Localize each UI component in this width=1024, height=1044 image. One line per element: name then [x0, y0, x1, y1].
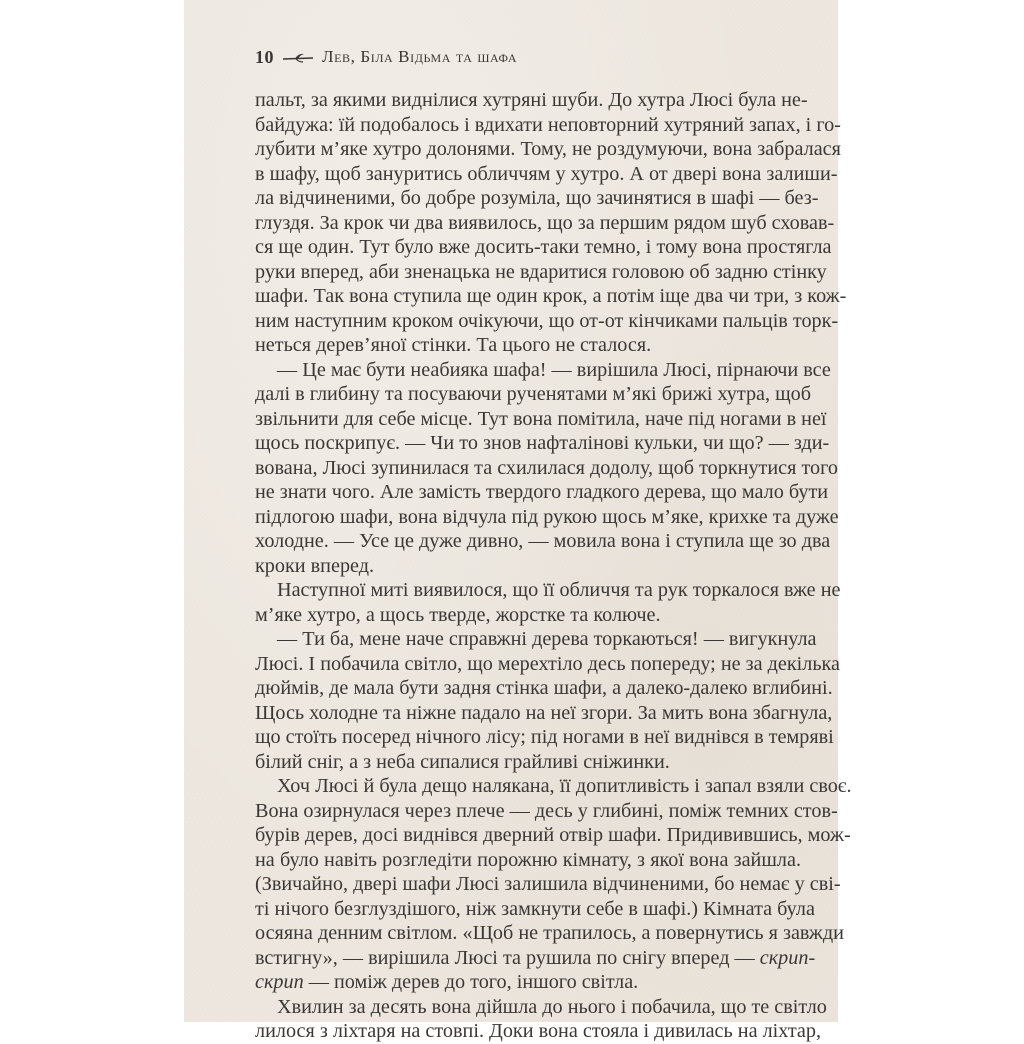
text-line: Вона озирнулася через плече — десь у гли…	[255, 799, 801, 824]
running-head: 10 Лев, Біла Відьма та шафа	[255, 45, 517, 69]
text-line: що стоїть посеред нічного лісу; під нога…	[255, 725, 801, 750]
text-line: глуздя. За крок чи два виявилось, що за …	[255, 211, 801, 236]
text-line: — Це має бути неабияка шафа! — вирішила …	[255, 358, 801, 383]
body-text: пальт, за якими виднілися хутряні шуби. …	[255, 88, 801, 1024]
text-line: щось поскрипує. — Чи то знов нафталінові…	[255, 431, 801, 456]
text-line: Люсі. І побачила світло, що мерехтіло де…	[255, 652, 801, 677]
text-line: кроки вперед.	[255, 554, 801, 579]
text-line: вована, Люсі зупинилася та схилилася дод…	[255, 456, 801, 481]
text-line: ним наступним кроком очікуючи, що от-от …	[255, 309, 801, 334]
text-line: байдужа: їй подобалось і вдихати неповто…	[255, 113, 801, 138]
text-line: в шафу, щоб зануритись обличчям у хутро.…	[255, 162, 801, 187]
text-run: — поміж дерев до того, іншого світла.	[304, 971, 639, 993]
text-line: Хвилин за десять вона дійшла до нього і …	[255, 995, 801, 1020]
book-title: Лев, Біла Відьма та шафа	[322, 47, 517, 67]
text-line: звільнити для себе місце. Тут вона поміт…	[255, 407, 801, 432]
text-line: ся ще один. Тут було вже досить-таки тем…	[255, 235, 801, 260]
italic-onomatopoeia: скрип-	[760, 947, 815, 969]
text-line: лубити м’яке хутро долонями. Тому, не ро…	[255, 137, 801, 162]
text-line: бурів дерев, досі виднівся дверний отвір…	[255, 823, 801, 848]
text-line: — Ти ба, мене наче справжні дерева торка…	[255, 627, 801, 652]
text-line: підлогою шафи, вона відчула під рукою що…	[255, 505, 801, 530]
text-line: не знати чого. Але замість твердого глад…	[255, 480, 801, 505]
text-line: скрип — поміж дерев до того, іншого світ…	[255, 970, 801, 995]
italic-onomatopoeia: скрип	[255, 971, 304, 993]
text-line: на було навіть розгледіти порожню кімнат…	[255, 848, 801, 873]
text-line: далі в глибину та посуваючи рученятами м…	[255, 382, 801, 407]
text-line: встигну», — вирішила Люсі та рушила по с…	[255, 946, 801, 971]
leaf-dash-ornament-icon	[282, 51, 314, 63]
text-line: лилося з ліхтаря на стовпі. Доки вона ст…	[255, 1019, 801, 1024]
text-line: пальт, за якими виднілися хутряні шуби. …	[255, 88, 801, 113]
text-line: дюймів, де мала бути задня стінка шафи, …	[255, 676, 801, 701]
text-line: Щось холодне та ніжне падало на неї згор…	[255, 701, 801, 726]
text-line: руки вперед, аби зненацька не вдаритися …	[255, 260, 801, 285]
text-line: м’яке хутро, а щось тверде, жорстке та к…	[255, 603, 801, 628]
text-line: білий сніг, а з неба сипалися грайливі с…	[255, 750, 801, 775]
text-run: встигну», — вирішила Люсі та рушила по с…	[255, 947, 760, 969]
book-page: 10 Лев, Біла Відьма та шафа пальт, за як…	[184, 0, 838, 1022]
text-line: неться дерев’яної стінки. Та цього не ст…	[255, 333, 801, 358]
text-line: шафи. Так вона ступила ще один крок, а п…	[255, 284, 801, 309]
page-number: 10	[255, 47, 274, 68]
text-line: ті нічого безглуздішого, ніж замкнути се…	[255, 897, 801, 922]
text-line: Наступної миті виявилося, що її обличчя …	[255, 578, 801, 603]
text-line: холодне. — Усе це дуже дивно, — мовила в…	[255, 529, 801, 554]
text-line: ла відчиненими, бо добре розуміла, що за…	[255, 186, 801, 211]
text-line: (Звичайно, двері шафи Люсі залишила відч…	[255, 872, 801, 897]
text-line: осяяна денним світлом. «Щоб не трапилось…	[255, 921, 801, 946]
text-line: Хоч Люсі й була дещо налякана, її допитл…	[255, 774, 801, 799]
